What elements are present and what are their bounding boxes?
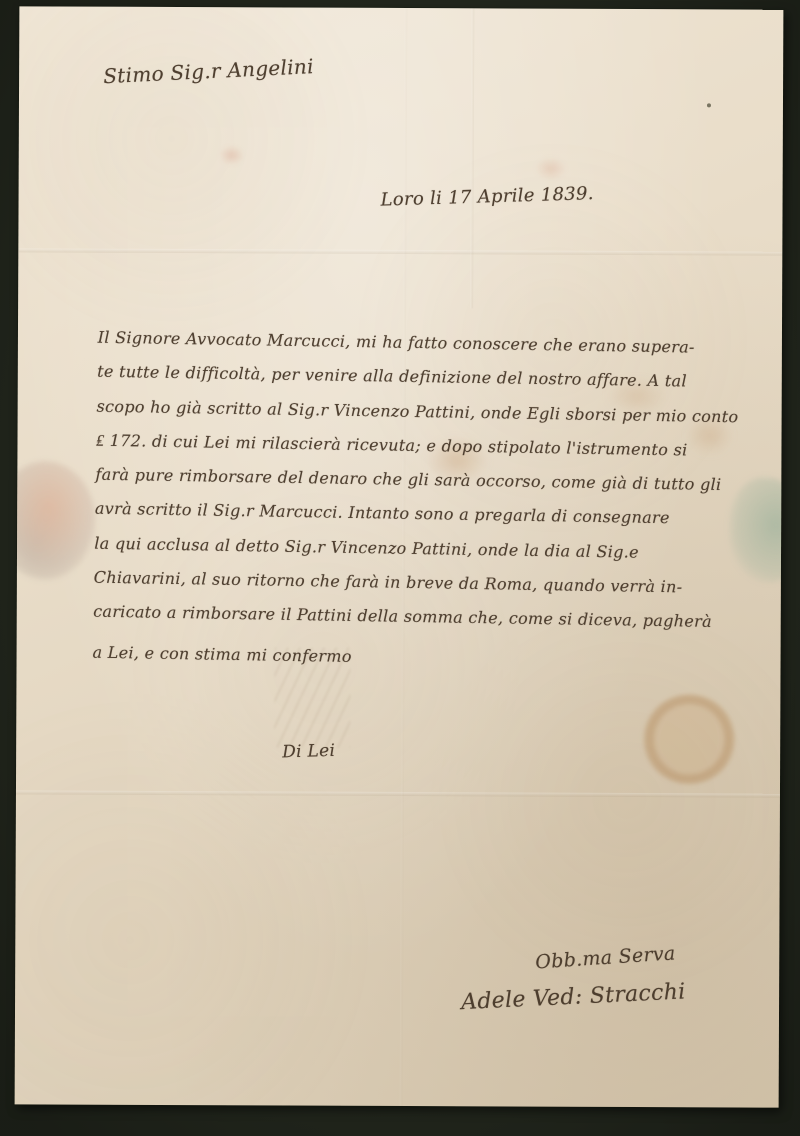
salutation: Stimo Sig.r Angelini: [103, 54, 315, 88]
fold-crease-lower: [16, 790, 780, 797]
fold-crease-upper: [18, 248, 782, 255]
faint-spot-stain-right: [535, 157, 567, 181]
letter-body: Il Signore Avvocato Marcucci, mi ha fatt…: [92, 321, 758, 681]
faint-spot-stain-left: [219, 145, 245, 165]
date-line: Loro li 17 Aprile 1839.: [380, 183, 594, 211]
body-line: a Lei, e con stima mi confermo: [92, 635, 752, 680]
left-edge-stain: [15, 461, 96, 579]
valediction: Di Lei: [282, 741, 336, 763]
photo-background: Stimo Sig.r Angelini Loro li 17 Aprile 1…: [0, 0, 800, 1136]
dark-speck: [707, 103, 711, 107]
signature: Adele Ved: Stracchi: [461, 979, 686, 1015]
seal-ring-stain: [642, 694, 736, 784]
closing-formula: Obb.ma Serva: [535, 942, 676, 973]
letter-paper: Stimo Sig.r Angelini Loro li 17 Aprile 1…: [15, 6, 784, 1107]
fold-crease-vertical-top: [470, 8, 474, 308]
